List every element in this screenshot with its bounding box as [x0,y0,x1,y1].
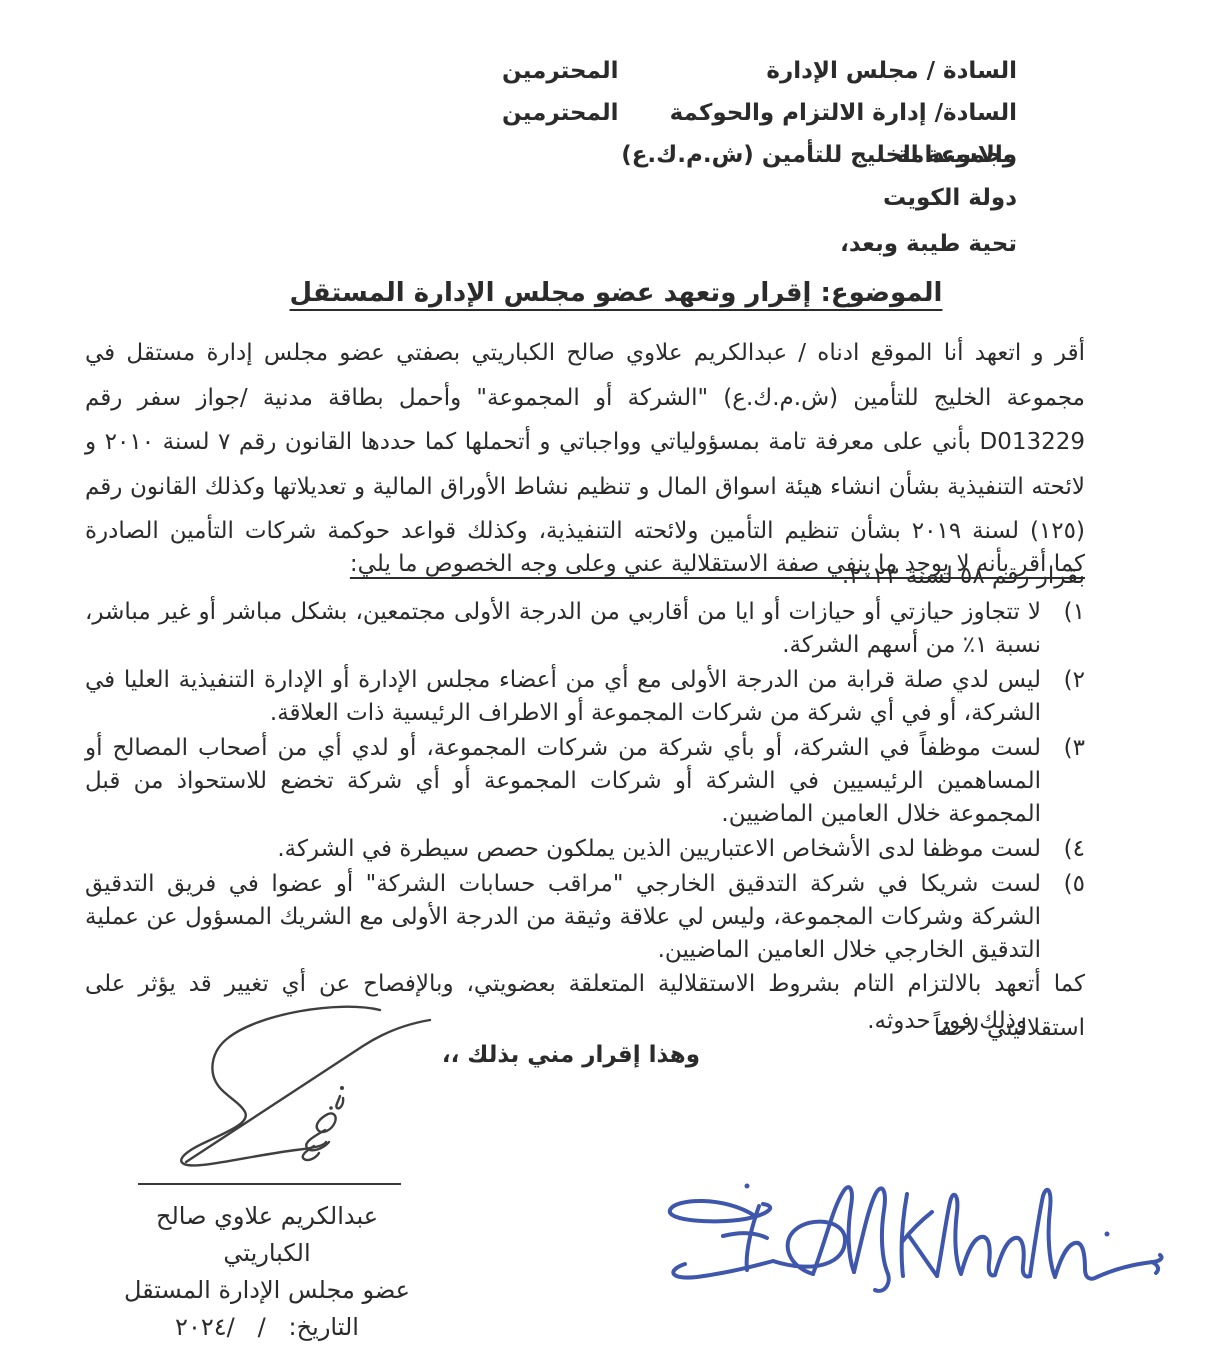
list-item: ٣) لست موظفاً في الشركة، أو بأي شركة من … [85,732,1085,831]
list-item-number: ٤) [1041,833,1085,866]
member-signature [128,1002,462,1182]
black-signature-icon [128,1002,462,1182]
list-item-text: لست شريكا في شركة التدقيق الخارجي "مراقب… [85,868,1041,967]
subject-line: الموضوع: إقرار وتعهد عضو مجلس الإدارة ال… [0,278,1232,308]
subject-text: الموضوع: إقرار وتعهد عضو مجلس الإدارة ال… [290,278,943,308]
independence-intro-text: كما أقر بأنه لا يوجد ما ينفي صفة الاستقل… [350,551,1085,577]
closing-paragraph-line2: وذلك فور حدوثه. [867,1008,1027,1034]
company-name: مجموعة الخليج للتأمين (ش.م.ك.ع) [621,142,1017,168]
addressee-row: السادة / مجلس الإدارة المحترمين [502,50,1017,92]
addressee-to: السادة / مجلس الإدارة [766,50,1017,92]
list-item-number: ٢) [1041,664,1085,697]
signer-block: عبدالكريم علاوي صالح الكباريتي عضو مجلس … [122,1198,412,1346]
list-item: ٥) لست شريكا في شركة التدقيق الخارجي "مر… [85,868,1085,967]
acknowledgement-line: وهذا إقرار مني بذلك ،، [442,1042,700,1068]
list-item-text: ليس لدي صلة قرابة من الدرجة الأولى مع أي… [85,664,1041,730]
addressee-honorific: المحترمين [502,50,619,92]
country-name: دولة الكويت [883,185,1017,211]
signer-name-line2: الكباريتي [122,1235,412,1272]
list-item-text: لا تتجاوز حيازتي أو حيازات أو ايا من أقا… [85,596,1041,662]
list-item: ٤) لست موظفا لدى الأشخاص الاعتباريين الذ… [85,833,1085,866]
list-item: ٢) ليس لدي صلة قرابة من الدرجة الأولى مع… [85,664,1085,730]
independence-intro: كما أقر بأنه لا يوجد ما ينفي صفة الاستقل… [85,551,1085,577]
list-item-text: لست موظفاً في الشركة، أو بأي شركة من شرك… [85,732,1041,831]
signature-line [138,1183,401,1185]
signer-name-line1: عبدالكريم علاوي صالح [122,1198,412,1235]
list-item-number: ١) [1041,596,1085,629]
blue-signature-icon [655,1172,1170,1342]
blue-ink-signature [655,1172,1170,1342]
signature-date-line: التاريخ: / /٢٠٢٤ [122,1309,412,1346]
greeting: تحية طيبة وبعد، [840,231,1017,257]
addressee-honorific: المحترمين [502,92,619,134]
list-item-number: ٥) [1041,868,1085,901]
independence-conditions-list: ١) لا تتجاوز حيازتي أو حيازات أو ايا من … [85,596,1085,969]
document-page: السادة / مجلس الإدارة المحترمين السادة/ … [0,0,1232,1368]
signer-title: عضو مجلس الإدارة المستقل [122,1272,412,1309]
list-item-number: ٣) [1041,732,1085,765]
list-item-text: لست موظفا لدى الأشخاص الاعتباريين الذين … [85,833,1041,866]
list-item: ١) لا تتجاوز حيازتي أو حيازات أو ايا من … [85,596,1085,662]
